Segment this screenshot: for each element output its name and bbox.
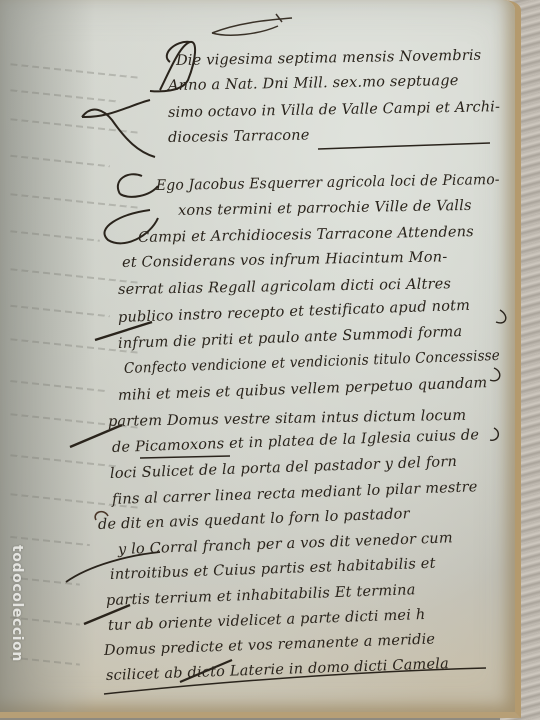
manuscript-line: diocesis Tarracone: [168, 128, 310, 146]
watermark: todocoleccion: [9, 545, 25, 662]
manuscript-sheet: Die vigesima septima mensis NovembrisAnn…: [0, 0, 521, 718]
